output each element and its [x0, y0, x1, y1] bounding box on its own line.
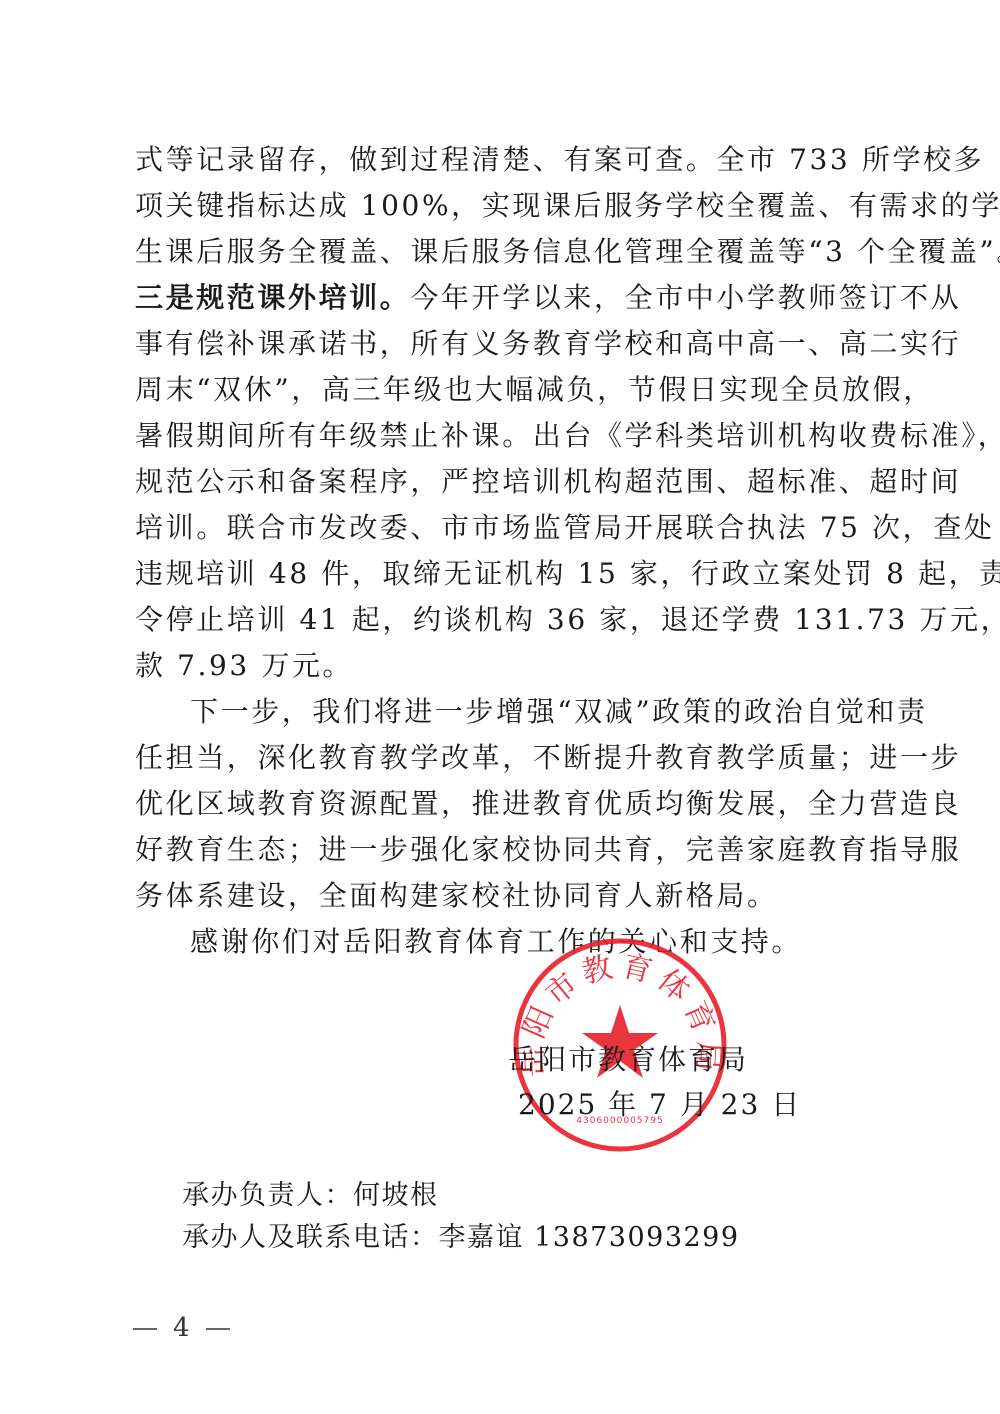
body-line: 令停止培训 41 起，约谈机构 36 家，退还学费 131.73 万元，罚 [135, 598, 875, 642]
body-line: 任担当，深化教育教学改革，不断提升教育教学质量；进一步 [135, 736, 875, 780]
body-line: 下一步，我们将进一步增强“双减”政策的政治自觉和责 [190, 690, 875, 734]
body-line: 生课后服务全覆盖、课后服务信息化管理全覆盖等“3 个全覆盖”。 [135, 230, 875, 274]
body-text: 今年开学以来，全市中小学教师签订不从 [410, 281, 961, 314]
section-heading: 三是规范课外培训。 [135, 281, 410, 314]
body-line: 式等记录留存，做到过程清楚、有案可查。全市 733 所学校多 [135, 138, 875, 182]
body-line: 优化区域教育资源配置，推进教育优质均衡发展，全力营造良 [135, 782, 875, 826]
body-line: 违规培训 48 件，取缔无证机构 15 家，行政立案处罚 8 起，责 [135, 552, 875, 596]
body-line: 款 7.93 万元。 [135, 644, 875, 688]
body-line: 事有偿补课承诺书，所有义务教育学校和高中高一、高二实行 [135, 322, 875, 366]
body-line: 规范公示和备案程序，严控培训机构超范围、超标准、超时间 [135, 460, 875, 504]
dash-decoration [133, 1328, 157, 1330]
document-page: 式等记录留存，做到过程清楚、有案可查。全市 733 所学校多 项关键指标达成 1… [0, 0, 1000, 1414]
body-line: 暑假期间所有年级禁止补课。出台《学科类培训机构收费标准》， [135, 414, 875, 458]
body-line-with-heading: 三是规范课外培训。今年开学以来，全市中小学教师签订不从 [135, 276, 875, 320]
page-number-value: 4 [173, 1313, 190, 1343]
body-line: 培训。联合市发改委、市市场监管局开展联合执法 75 次，查处 [135, 506, 875, 550]
body-line: 周末“双休”，高三年级也大幅减负，节假日实现全员放假， [135, 368, 875, 412]
signature-organization: 岳阳市教育体育局 [508, 1040, 748, 1080]
signature-date: 2025 年 7 月 23 日 [518, 1085, 801, 1125]
page-number: 4 [133, 1313, 230, 1343]
responsible-person: 承办负责人：何坡根 [182, 1176, 439, 1216]
handler-contact: 承办人及联系电话：李嘉谊 13873093299 [182, 1218, 740, 1258]
body-line: 务体系建设，全面构建家校社协同育人新格局。 [135, 874, 875, 918]
body-line: 好教育生态；进一步强化家校协同共育，完善家庭教育指导服 [135, 828, 875, 872]
body-line: 项关键指标达成 100%，实现课后服务学校全覆盖、有需求的学 [135, 184, 875, 228]
dash-decoration [206, 1328, 230, 1330]
